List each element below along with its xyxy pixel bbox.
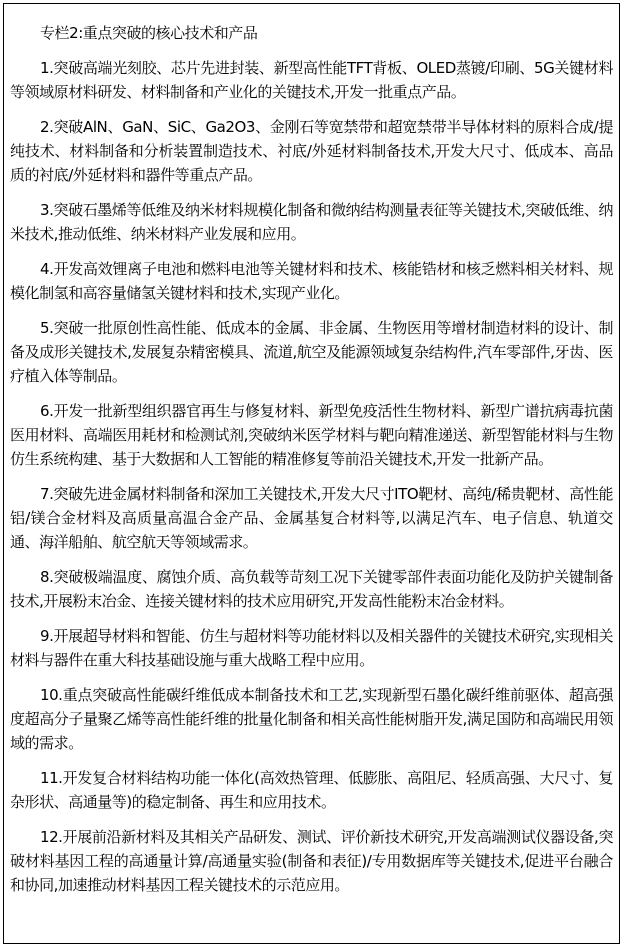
list-item: 2.突破AlN、GaN、SiC、Ga2O3、金刚石等宽禁带和超宽禁带半导体材料的… <box>10 115 613 187</box>
list-item: 9.开展超导材料和智能、仿生与超材料等功能材料以及相关器件的关键技术研究,实现相… <box>10 624 613 672</box>
list-item: 7.突破先进金属材料制备和深加工关键技术,开发大尺寸ITO靶材、高纯/稀贵靶材、… <box>10 482 613 554</box>
list-item: 4.开发高效锂离子电池和燃料电池等关键材料和技术、核能锆材和核乏燃料相关材料、规… <box>10 257 613 305</box>
list-item: 10.重点突破高性能碳纤维低成本制备技术和工艺,实现新型石墨化碳纤维前驱体、超高… <box>10 683 613 755</box>
list-item: 11.开发复合材料结构功能一体化(高效热管理、低膨胀、高阻尼、轻质高强、大尺寸、… <box>10 766 613 814</box>
box-title: 专栏2:重点突破的核心技术和产品 <box>10 21 613 45</box>
list-item: 12.开展前沿新材料及其相关产品研发、测试、评价新技术研究,开发高端测试仪器设备… <box>10 825 613 897</box>
list-item: 6.开发一批新型组织器官再生与修复材料、新型免疫活性生物材料、新型广谱抗病毒抗菌… <box>10 399 613 471</box>
list-item: 8.突破极端温度、腐蚀介质、高负载等苛刻工况下关键零部件表面功能化及防护关键制备… <box>10 565 613 613</box>
list-item: 1.突破高端光刻胶、芯片先进封装、新型高性能TFT背板、OLED蒸镀/印刷、5G… <box>10 56 613 104</box>
feature-box: 专栏2:重点突破的核心技术和产品 1.突破高端光刻胶、芯片先进封装、新型高性能T… <box>3 3 620 944</box>
list-item: 5.突破一批原创性高性能、低成本的金属、非金属、生物医用等增材制造材料的设计、制… <box>10 316 613 388</box>
list-item: 3.突破石墨烯等低维及纳米材料规模化制备和微纳结构测量表征等关键技术,突破低维、… <box>10 198 613 246</box>
